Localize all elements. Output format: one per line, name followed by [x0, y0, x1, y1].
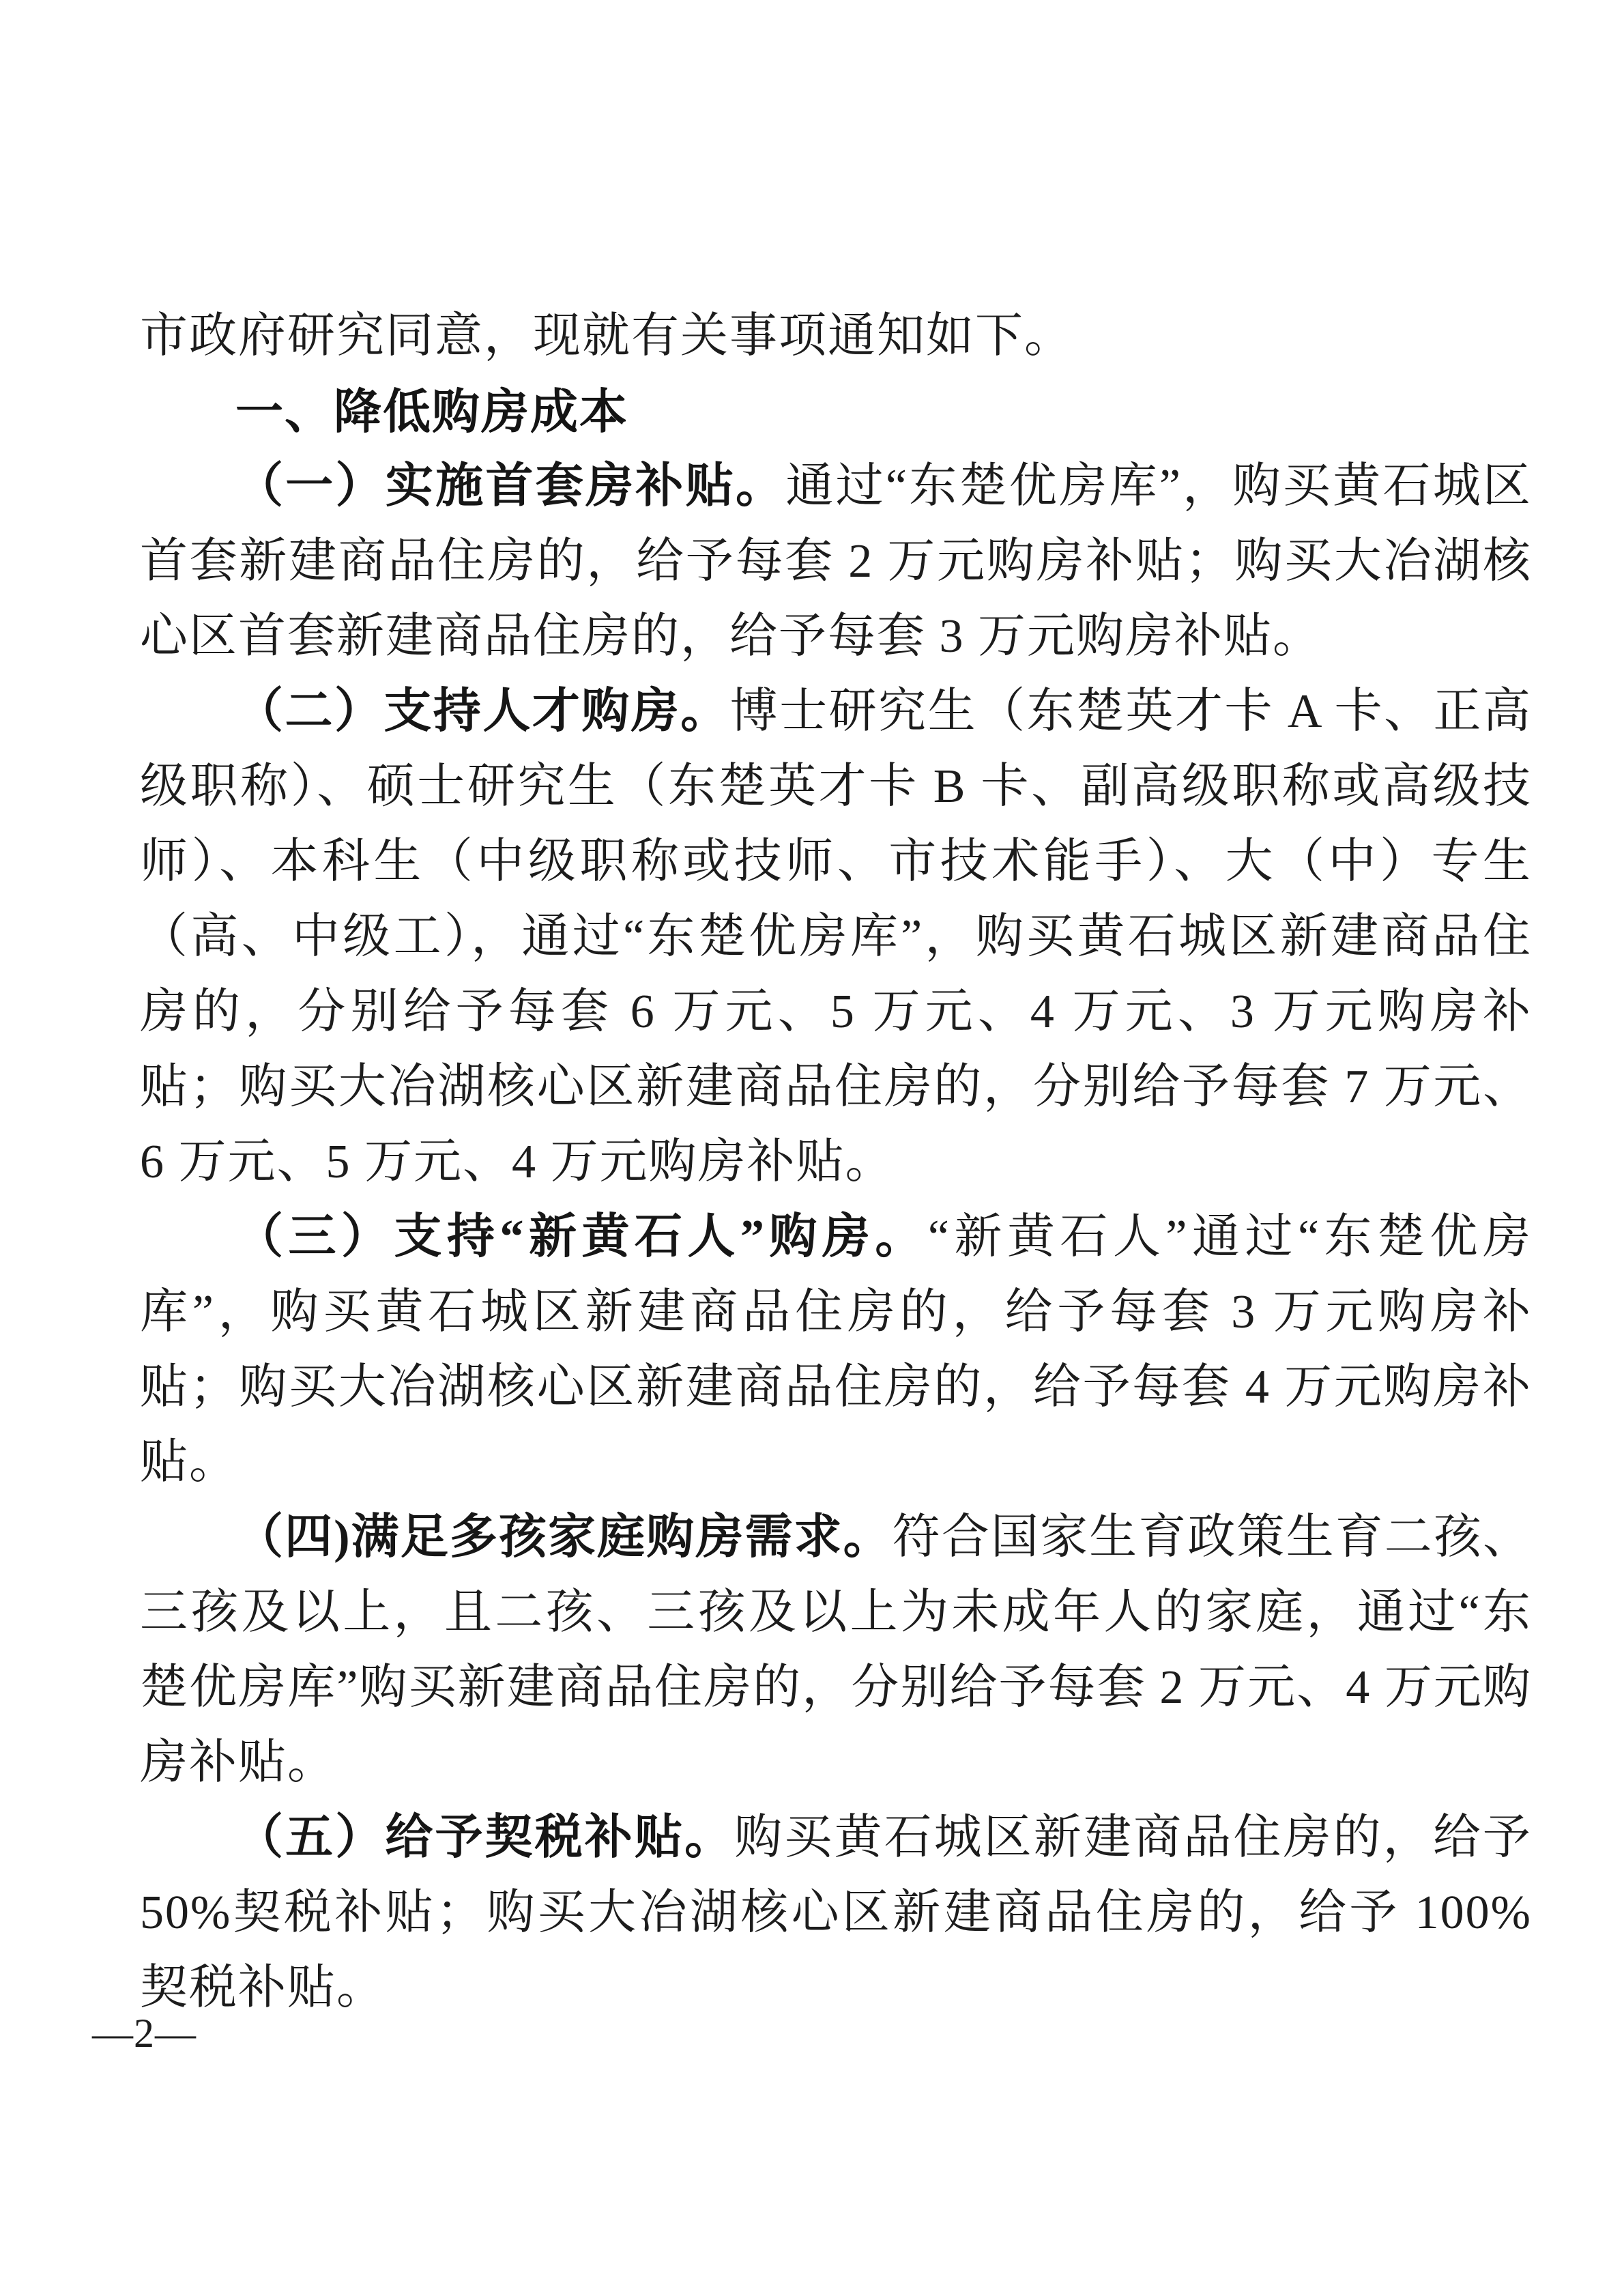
paragraph-1-lead: （一）实施首套房补贴。: [235, 460, 785, 513]
document-page: 市政府研究同意，现就有关事项通知如下。 一、降低购房成本 （一）实施首套房补贴。…: [0, 0, 1624, 2296]
paragraph-item-1: （一）实施首套房补贴。通过“东楚优房库”，购买黄石城区首套新建商品住房的，给予每…: [140, 449, 1532, 674]
paragraph-3-lead: （三）支持“新黄石人”购房。: [235, 1211, 928, 1263]
paragraph-5-lead: （五）给予契税补贴。: [235, 1811, 734, 1864]
paragraph-4-lead: （四)满足多孩家庭购房需求。: [235, 1511, 893, 1564]
section-heading: 一、降低购房成本: [140, 374, 1532, 449]
intro-paragraph: 市政府研究同意，现就有关事项通知如下。: [140, 299, 1532, 374]
paragraph-item-2: （二）支持人才购房。博士研究生（东楚英才卡 A 卡、正高级职称）、硕士研究生（东…: [140, 674, 1532, 1200]
page-number: —2—: [92, 2010, 197, 2057]
paragraph-item-3: （三）支持“新黄石人”购房。“新黄石人”通过“东楚优房库”，购买黄石城区新建商品…: [140, 1200, 1532, 1500]
paragraph-2-lead: （二）支持人才购房。: [235, 685, 730, 738]
paragraph-2-body: 博士研究生（东楚英才卡 A 卡、正高级职称）、硕士研究生（东楚英才卡 B 卡、副…: [140, 685, 1532, 1188]
document-body: 市政府研究同意，现就有关事项通知如下。 一、降低购房成本 （一）实施首套房补贴。…: [140, 299, 1532, 2026]
paragraph-item-4: （四)满足多孩家庭购房需求。符合国家生育政策生育二孩、三孩及以上，且二孩、三孩及…: [140, 1500, 1532, 1800]
paragraph-item-5: （五）给予契税补贴。购买黄石城区新建商品住房的，给予 50%契税补贴；购买大冶湖…: [140, 1800, 1532, 2026]
